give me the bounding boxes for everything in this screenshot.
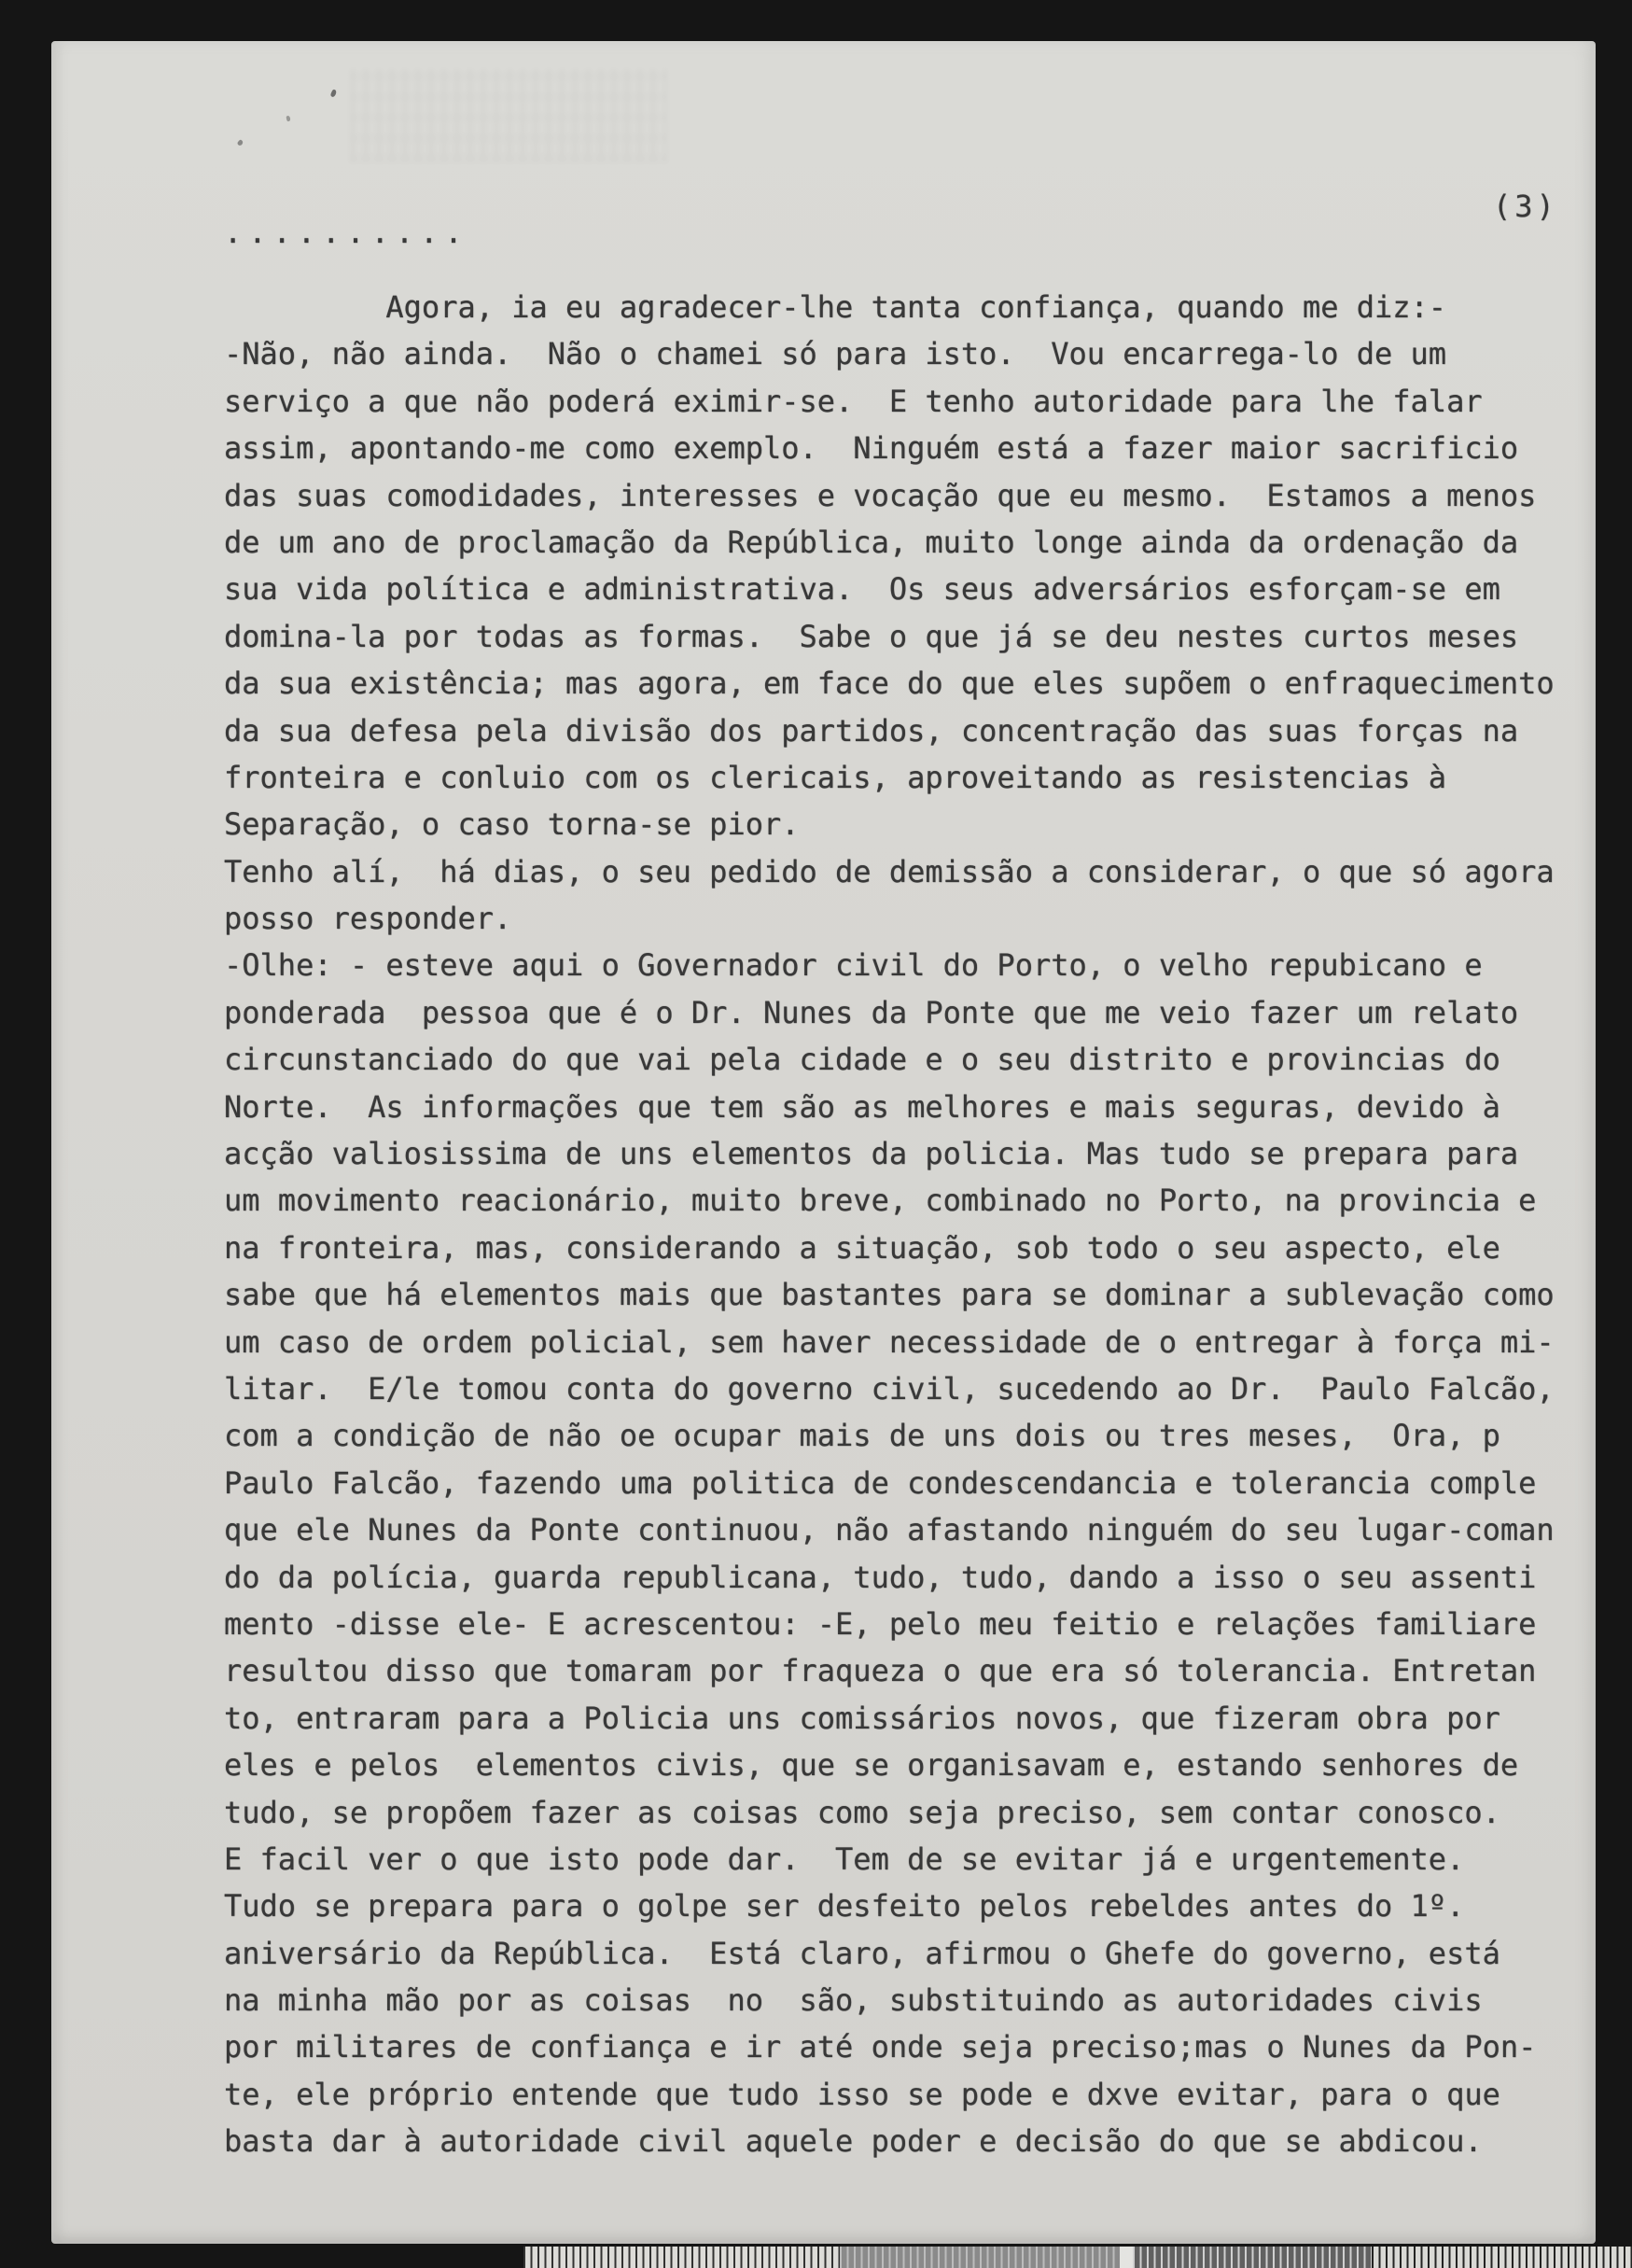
text-line: E facil ver o que isto pode dar. Tem de … [224,1836,1614,1883]
text-line: posso responder. [224,895,1614,942]
text-line: serviço a que não poderá eximir-se. E te… [224,378,1614,425]
document-page: (3) .......... Agora, ia eu agradecer-lh… [51,41,1596,2244]
scale-bar-segment [1133,2247,1372,2268]
typewritten-text-block: Agora, ia eu agradecer-lhe tanta confian… [224,284,1614,2165]
text-line: de um ano de proclamação da República, m… [224,519,1614,566]
text-line: Separação, o caso torna-se pior. [224,801,1614,847]
text-line: tudo, se propõem fazer as coisas como se… [224,1789,1614,1836]
text-line: por militares de confiança e ir até onde… [224,2023,1614,2070]
text-line: um movimento reacionário, muito breve, c… [224,1177,1614,1224]
text-line: eles e pelos elementos civis, que se org… [224,1742,1614,1788]
text-line: na fronteira, mas, considerando a situaç… [224,1225,1614,1271]
text-line: acção valiosissima de uns elementos da p… [224,1130,1614,1177]
text-line: na minha mão por as coisas no são, subst… [224,1977,1614,2023]
text-line: basta dar à autoridade civil aquele pode… [224,2118,1614,2164]
text-line: Tudo se prepara para o golpe ser desfeit… [224,1883,1614,1929]
text-line: fronteira e conluio com os clericais, ap… [224,754,1614,801]
ink-speck [330,89,338,97]
text-line: Tenho alí, há dias, o seu pedido de demi… [224,848,1614,895]
text-line: resultou disso que tomaram por fraqueza … [224,1647,1614,1694]
text-line: do da polícia, guarda republicana, tudo,… [224,1554,1614,1601]
text-line: mento -disse ele- E acrescentou: -E, pel… [224,1601,1614,1647]
text-line: sua vida política e administrativa. Os s… [224,566,1614,612]
text-line: com a condição de não oe ocupar mais de … [224,1412,1614,1459]
scale-bar-segment [1120,2247,1133,2268]
ink-speck [237,139,244,147]
scale-bar-segment [1372,2247,1632,2268]
text-line: -Olhe: - esteve aqui o Governador civil … [224,942,1614,988]
text-line: Agora, ia eu agradecer-lhe tanta confian… [224,284,1614,330]
text-line: da sua defesa pela divisão dos partidos,… [224,707,1614,754]
text-line: Paulo Falcão, fazendo uma politica de co… [224,1460,1614,1506]
text-line: assim, apontando-me como exemplo. Ningué… [224,425,1614,471]
leader-dots: .......... [224,215,469,250]
text-line: ponderada pessoa que é o Dr. Nunes da Po… [224,989,1614,1036]
text-line: te, ele próprio entende que tudo isso se… [224,2071,1614,2118]
text-line: aniversário da República. Está claro, af… [224,1930,1614,1977]
text-line: domina-la por todas as formas. Sabe o qu… [224,613,1614,660]
scale-bar-segment [523,2247,840,2268]
page-number: (3) [1493,189,1558,224]
bleed-through-smudge [350,69,667,162]
text-line: da sua existência; mas agora, em face do… [224,660,1614,707]
text-line: circunstanciado do que vai pela cidade e… [224,1036,1614,1083]
text-line: que ele Nunes da Ponte continuou, não af… [224,1506,1614,1553]
text-line: -Não, não ainda. Não o chamei só para is… [224,330,1614,377]
text-line: litar. E/le tomou conta do governo civil… [224,1365,1614,1412]
ink-speck [286,116,290,122]
scale-bar-segment [840,2247,1120,2268]
text-line: Norte. As informações que tem são as mel… [224,1084,1614,1130]
text-line: um caso de ordem policial, sem haver nec… [224,1319,1614,1365]
text-line: sabe que há elementos mais que bastantes… [224,1271,1614,1318]
text-line: to, entraram para a Policia uns comissár… [224,1695,1614,1742]
text-line: das suas comodidades, interesses e vocaç… [224,472,1614,519]
